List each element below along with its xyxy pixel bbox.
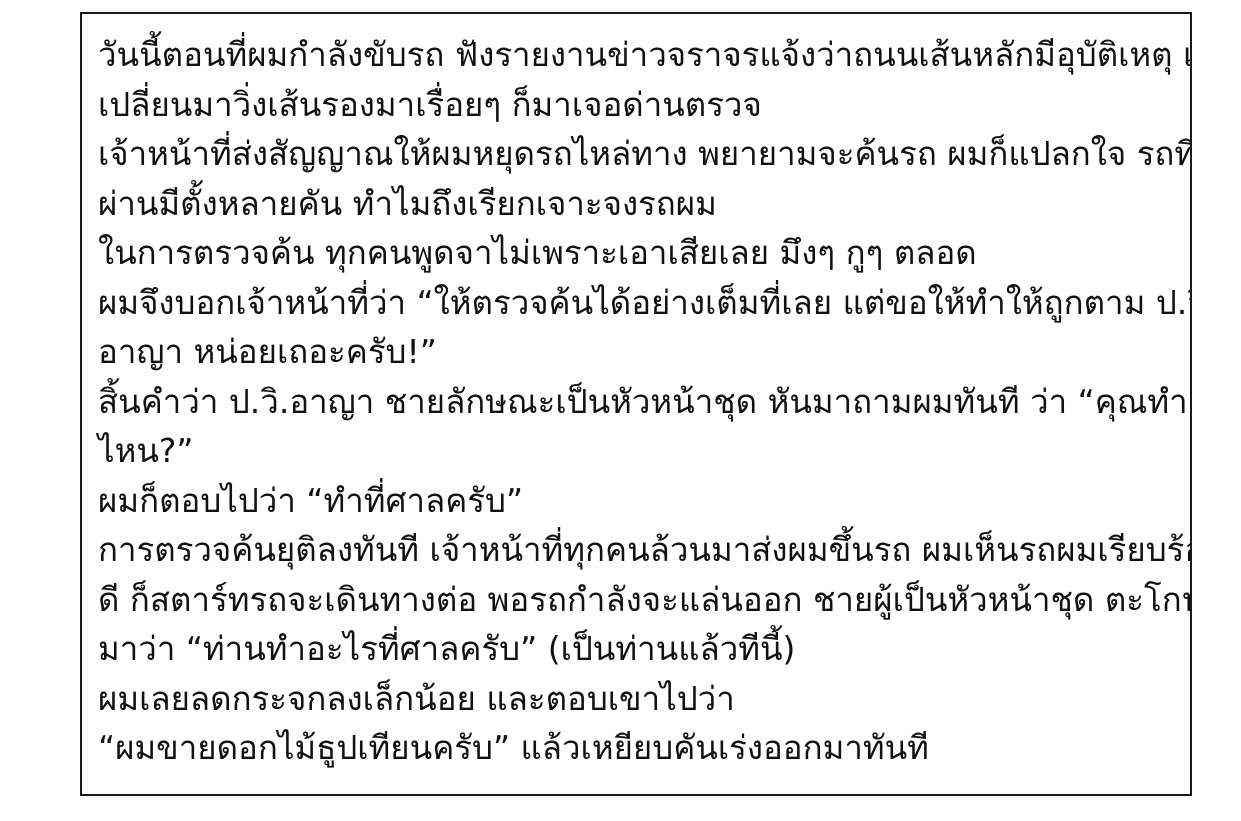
text-line: อาญา หน่อยเถอะครับ!” xyxy=(98,327,1174,377)
text-line: ผมก็ตอบไปว่า “ทำที่ศาลครับ” xyxy=(98,476,1174,526)
text-line: ไหน?” xyxy=(98,426,1174,476)
text-line: ผมเลยลดกระจกลงเล็กน้อย และตอบเขาไปว่า xyxy=(98,674,1174,724)
text-line: วันนี้ตอนที่ผมกำลังขับรถ ฟังรายงานข่าวจร… xyxy=(98,30,1174,80)
text-line: “ผมขายดอกไม้ธูปเทียนครับ” แล้วเหยียบคันเ… xyxy=(98,723,1174,773)
text-line: ดี ก็สตาร์ทรถจะเดินทางต่อ พอรถกำลังจะแล่… xyxy=(98,575,1174,625)
text-line: มาว่า “ท่านทำอะไรที่ศาลครับ” (เป็นท่านแล… xyxy=(98,624,1174,674)
text-line: เปลี่ยนมาวิ่งเส้นรองมาเรื่อยๆ ก็มาเจอด่า… xyxy=(98,80,1174,130)
text-line: ในการตรวจค้น ทุกคนพูดจาไม่เพราะเอาเสียเล… xyxy=(98,228,1174,278)
text-line: ผ่านมีตั้งหลายคัน ทำไมถึงเรียกเจาะจงรถผม xyxy=(98,179,1174,229)
page: วันนี้ตอนที่ผมกำลังขับรถ ฟังรายงานข่าวจร… xyxy=(0,0,1241,821)
text-line: ผมจึงบอกเจ้าหน้าที่ว่า “ให้ตรวจค้นได้อย่… xyxy=(98,278,1174,328)
text-line: สิ้นคำว่า ป.วิ.อาญา ชายลักษณะเป็นหัวหน้า… xyxy=(98,377,1174,427)
story-box: วันนี้ตอนที่ผมกำลังขับรถ ฟังรายงานข่าวจร… xyxy=(80,12,1192,796)
text-line: เจ้าหน้าที่ส่งสัญญาณให้ผมหยุดรถไหล่ทาง พ… xyxy=(98,129,1174,179)
text-line: การตรวจค้นยุติลงทันที เจ้าหน้าที่ทุกคนล้… xyxy=(98,525,1174,575)
